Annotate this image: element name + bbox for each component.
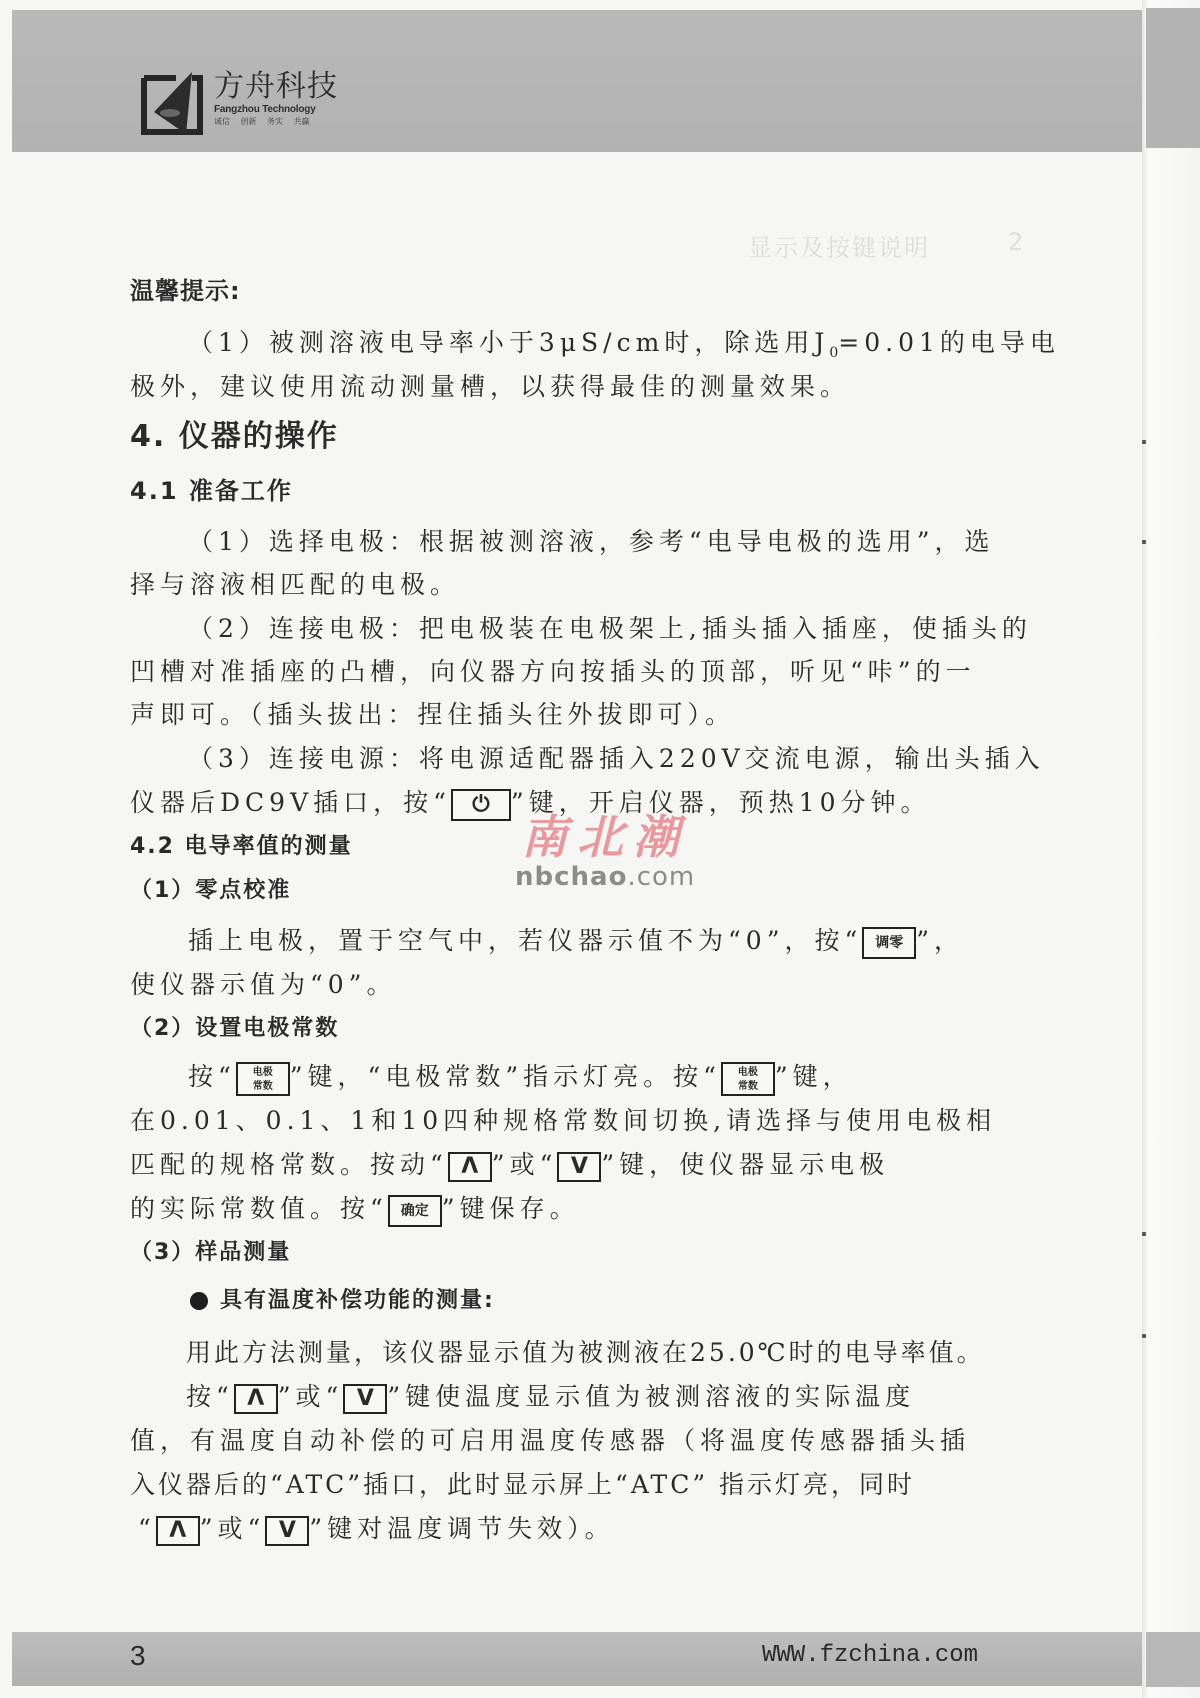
paragraph-line: 的实际常数值。按“确定”键保存。 <box>130 1192 580 1227</box>
up-key-icon: Λ <box>448 1152 492 1182</box>
paragraph-line: 使仪器示值为“0”。 <box>130 968 396 1002</box>
watermark: 南北潮 nbchao.com <box>515 812 695 892</box>
electrode-constant-key-icon: 电极常数 <box>721 1062 775 1096</box>
tip-title: 温馨提示: <box>130 274 241 308</box>
footer-url: WWW.fzchina.com <box>762 1642 978 1669</box>
up-key-icon: Λ <box>234 1384 278 1414</box>
page-number: 3 <box>130 1640 146 1672</box>
bullet-heading: 具有温度补偿功能的测量: <box>190 1284 495 1318</box>
up-key-icon: Λ <box>156 1516 200 1546</box>
brand-name-cn: 方舟科技 <box>214 70 338 104</box>
zero-calibration-title: （1）零点校准 <box>130 874 291 908</box>
down-key-icon: V <box>265 1516 309 1546</box>
paragraph-line: 匹配的规格常数。按动“Λ”或“V”键，使仪器显示电极 <box>130 1148 889 1182</box>
margin-mark <box>1142 540 1146 544</box>
power-key-icon: ⏻ <box>451 789 511 821</box>
zero-key-icon: 调零 <box>862 927 916 959</box>
tip-item-line: 极外，建议使用流动测量槽，以获得最佳的测量效果。 <box>130 370 850 404</box>
paragraph-line: 按“Λ”或“V”键使温度显示值为被测溶液的实际温度 <box>186 1380 915 1414</box>
confirm-key-icon: 确定 <box>388 1195 442 1227</box>
set-constant-title: （2）设置电极常数 <box>130 1012 339 1046</box>
tip-item-line: （1）被测溶液电导率小于3μS/cm时，除选用J0=0.01的电导电 <box>188 326 1060 370</box>
section-4-1-title: 4.1 准备工作 <box>130 474 293 508</box>
paragraph-line: 声即可。（插头拔出：捏住插头往外拔即可）。 <box>130 698 735 732</box>
paragraph-line: （1）选择电极：根据被测溶液，参考“电导电极的选用”，选 <box>188 525 994 559</box>
bullet-icon <box>190 1292 208 1310</box>
down-key-icon: V <box>343 1384 387 1414</box>
bleed-through-heading: 显示及按键说明 <box>748 228 930 263</box>
margin-mark <box>1142 440 1146 444</box>
margin-mark <box>1142 1232 1146 1236</box>
paragraph-line: 入仪器后的“ATC”插口，此时显示屏上“ATC” 指示灯亮，同时 <box>130 1468 915 1502</box>
paragraph-line: “Λ”或“V”键对温度调节失效）。 <box>138 1512 615 1546</box>
down-key-icon: V <box>557 1152 601 1182</box>
margin-mark <box>1142 1334 1146 1338</box>
paragraph-line: 插上电极，置于空气中，若仪器示值不为“0”，按“调零”， <box>188 924 964 959</box>
adjacent-page-edge <box>1142 0 1200 1698</box>
paragraph-line: 按“电极常数”键，“电极常数”指示灯亮。按“电极常数”键， <box>188 1060 853 1096</box>
paragraph-line: 凹槽对准插座的凸槽，向仪器方向按插头的顶部，听见“咔”的一 <box>130 655 976 689</box>
watermark-cn: 南北潮 <box>515 812 695 862</box>
paragraph-line: 值，有温度自动补偿的可启用温度传感器（将温度传感器插头插 <box>130 1424 970 1458</box>
paragraph-line: （2）连接电极：把电极装在电极架上,插头插入插座，使插头的 <box>188 612 1032 646</box>
paragraph-line: （3）连接电源：将电源适配器插入220V交流电源，输出头插入 <box>188 742 1045 776</box>
company-logo: 方舟科技 Fangzhou Technology 诚信 创新 务实 共赢 <box>140 70 338 145</box>
sample-measurement-title: （3）样品测量 <box>130 1236 291 1270</box>
electrode-constant-key-icon: 电极常数 <box>236 1062 290 1096</box>
paragraph-line: 在0.01、0.1、1和10四种规格常数间切换,请选择与使用电极相 <box>130 1104 996 1138</box>
paragraph-line: 择与溶液相匹配的电极。 <box>130 568 460 602</box>
sail-logo-icon <box>140 70 206 136</box>
watermark-en: nbchao.com <box>515 862 695 892</box>
section-4-2-title: 4.2 电导率值的测量 <box>130 830 353 864</box>
paragraph-line: 用此方法测量，该仪器显示值为被测液在25.0℃时的电导率值。 <box>186 1336 985 1370</box>
section-4-title: 4. 仪器的操作 <box>130 420 339 454</box>
brand-name-en: Fangzhou Technology <box>214 104 338 116</box>
bleed-through-number: 2 <box>1008 228 1023 256</box>
brand-tagline: 诚信 创新 务实 共赢 <box>214 116 338 128</box>
